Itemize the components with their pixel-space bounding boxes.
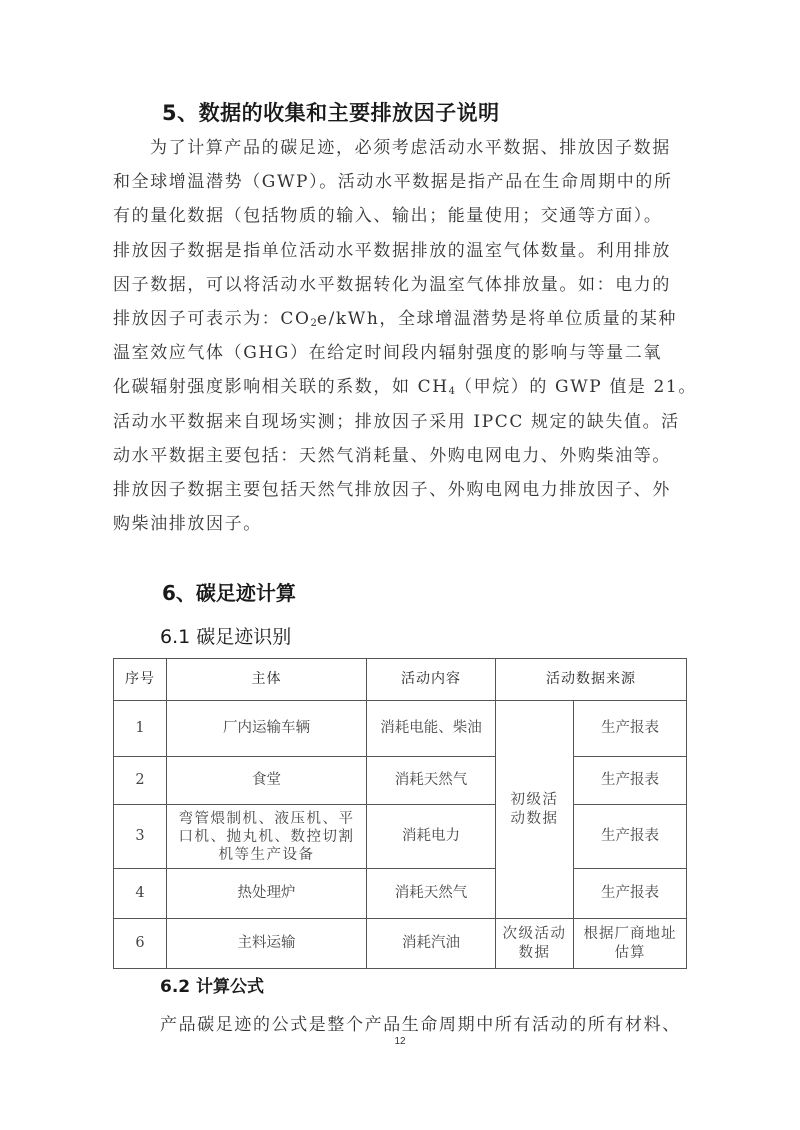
- table-row: 3 弯管煨制机、液压机、平口机、抛丸机、数控切割机等生产设备 消耗电力 生产报表: [114, 805, 687, 869]
- paragraph-line: 动水平数据主要包括：天然气消耗量、外购电网电力、外购柴油等。: [113, 439, 688, 473]
- cell-source: 生产报表: [574, 701, 687, 757]
- cell-subject: 弯管煨制机、液压机、平口机、抛丸机、数控切割机等生产设备: [167, 805, 367, 869]
- cell-no: 6: [114, 919, 167, 969]
- cell-no: 3: [114, 805, 167, 869]
- cell-source: 生产报表: [574, 805, 687, 869]
- cell-no: 1: [114, 701, 167, 757]
- cell-data-level-secondary: 次级活动数据: [496, 919, 574, 969]
- section-6-2-paragraph: 产品碳足迹的公式是整个产品生命周期中所有活动的所有材料、: [160, 1010, 681, 1035]
- cell-activity: 消耗汽油: [367, 919, 496, 969]
- header-source: 活动数据来源: [496, 659, 687, 701]
- header-no: 序号: [114, 659, 167, 701]
- text-fragment: （甲烷）的 GWP 值是 21。: [455, 377, 697, 397]
- page-number: 12: [0, 1036, 800, 1047]
- header-subject: 主体: [167, 659, 367, 701]
- paragraph-line: 温室效应气体（GHG）在给定时间段内辐射强度的影响与等量二氧: [113, 336, 688, 370]
- paragraph-line: 活动水平数据来自现场实测；排放因子采用 IPCC 规定的缺失值。活: [113, 405, 688, 439]
- document-page: 5、数据的收集和主要排放因子说明 为了计算产品的碳足迹，必须考虑活动水平数据、排…: [0, 0, 800, 1130]
- cell-no: 4: [114, 869, 167, 919]
- cell-activity: 消耗电力: [367, 805, 496, 869]
- text-fragment: 化碳辐射强度影响相关联的系数，如 CH: [113, 377, 449, 397]
- paragraph-line: 为了计算产品的碳足迹，必须考虑活动水平数据、排放因子数据: [113, 131, 688, 165]
- section-5-heading: 5、数据的收集和主要排放因子说明: [162, 97, 500, 127]
- paragraph-line: 化碳辐射强度影响相关联的系数，如 CH4（甲烷）的 GWP 值是 21。: [113, 370, 688, 404]
- cell-activity: 消耗天然气: [367, 757, 496, 805]
- cell-source: 生产报表: [574, 757, 687, 805]
- table-header-row: 序号 主体 活动内容 活动数据来源: [114, 659, 687, 701]
- text-fragment: e/kWh，全球增温潜势是将单位质量的某种: [317, 309, 677, 329]
- header-activity: 活动内容: [367, 659, 496, 701]
- paragraph-line: 因子数据，可以将活动水平数据转化为温室气体排放量。如：电力的: [113, 268, 688, 302]
- paragraph-line: 排放因子数据主要包括天然气排放因子、外购电网电力排放因子、外: [113, 473, 688, 507]
- cell-source: 生产报表: [574, 869, 687, 919]
- paragraph-line: 排放因子数据是指单位活动水平数据排放的温室气体数量。利用排放: [113, 234, 688, 268]
- paragraph-line: 有的量化数据（包括物质的输入、输出；能量使用；交通等方面）。: [113, 199, 688, 233]
- text-fragment: 排放因子可表示为：CO: [113, 309, 311, 329]
- cell-subject: 主料运输: [167, 919, 367, 969]
- paragraph-line: 购柴油排放因子。: [113, 507, 688, 541]
- paragraph-line: 和全球增温潜势（GWP）。活动水平数据是指产品在生命周期中的所: [113, 165, 688, 199]
- cell-activity: 消耗天然气: [367, 869, 496, 919]
- section-6-heading: 6、碳足迹计算: [162, 577, 296, 606]
- cell-activity: 消耗电能、柴油: [367, 701, 496, 757]
- section-6-2-heading: 6.2 计算公式: [160, 972, 264, 997]
- carbon-footprint-table: 序号 主体 活动内容 活动数据来源 1 厂内运输车辆 消耗电能、柴油 初级活动数…: [113, 658, 687, 969]
- section-5-paragraph: 为了计算产品的碳足迹，必须考虑活动水平数据、排放因子数据 和全球增温潜势（GWP…: [113, 131, 688, 541]
- table-row: 6 主料运输 消耗汽油 次级活动数据 根据厂商地址估算: [114, 919, 687, 969]
- cell-data-level-primary: 初级活动数据: [496, 701, 574, 919]
- cell-source: 根据厂商地址估算: [574, 919, 687, 969]
- cell-no: 2: [114, 757, 167, 805]
- paragraph-line: 排放因子可表示为：CO2e/kWh，全球增温潜势是将单位质量的某种: [113, 302, 688, 336]
- cell-subject: 热处理炉: [167, 869, 367, 919]
- section-6-1-heading: 6.1 碳足迹识别: [160, 622, 291, 649]
- table-row: 1 厂内运输车辆 消耗电能、柴油 初级活动数据 生产报表: [114, 701, 687, 757]
- cell-subject: 食堂: [167, 757, 367, 805]
- table-row: 4 热处理炉 消耗天然气 生产报表: [114, 869, 687, 919]
- cell-subject: 厂内运输车辆: [167, 701, 367, 757]
- table-row: 2 食堂 消耗天然气 生产报表: [114, 757, 687, 805]
